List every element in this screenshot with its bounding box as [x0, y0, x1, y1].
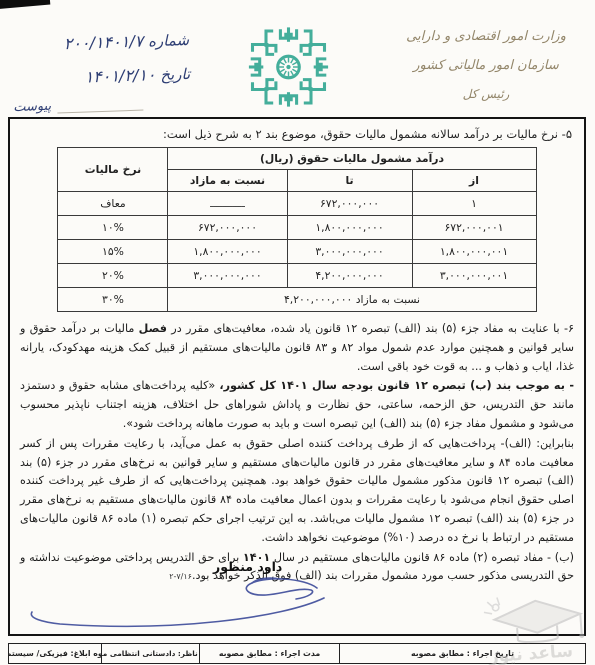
number-value: ۲۰۰/۱۴۰۱/۷ [63, 32, 143, 54]
letterhead-org-block: وزارت امور اقتصادی و دارایی سازمان امور … [391, 22, 581, 109]
column-header-rate: نرخ مالیات [58, 148, 168, 192]
cell-rate: ۲۰% [58, 264, 168, 288]
director-general-title: رئیس کل [391, 80, 581, 109]
column-header-excess: نسبت به مازاد [168, 170, 287, 192]
table-row: ۶۷۲,۰۰۰,۰۰۱ ۱,۸۰۰,۰۰۰,۰۰۰ ۶۷۲,۰۰۰,۰۰۰ ۱۰… [58, 216, 536, 240]
cell-from: ۱ [412, 192, 536, 216]
date-label: تاریخ [160, 65, 190, 84]
execution-date-cell: تاریخ اجراء : مطابق مصوبه [339, 644, 585, 663]
circular-body-box: ۵- نرخ مالیات بر درآمد سالانه مشمول مالی… [8, 117, 586, 636]
cell-to: ۶۷۲,۰۰۰,۰۰۰ [287, 192, 412, 216]
date-value: ۱۴۰۱/۲/۱۰ [84, 65, 156, 86]
attachment-label: پیوست [13, 96, 52, 119]
table-row: ۳,۰۰۰,۰۰۰,۰۰۱ ۴,۲۰۰,۰۰۰,۰۰۰ ۳,۰۰۰,۰۰۰,۰۰… [58, 264, 536, 288]
cell-from: ۳,۰۰۰,۰۰۰,۰۰۱ [412, 264, 536, 288]
salary-tax-rate-table: درآمد مشمول مالیات حقوق (ریال) نرخ مالیا… [57, 147, 536, 312]
cell-to: ۴,۲۰۰,۰۰۰,۰۰۰ [287, 264, 412, 288]
ministry-title: وزارت امور اقتصادی و دارایی [391, 22, 581, 51]
cell-from: ۶۷۲,۰۰۰,۰۰۱ [412, 216, 536, 240]
cell-excess: ۶۷۲,۰۰۰,۰۰۰ [168, 216, 287, 240]
handwritten-header-fields: شماره ۲۰۰/۱۴۰۱/۷ تاریخ ۱۴۰۱/۲/۱۰ پیوست [10, 23, 191, 119]
handwritten-signature [12, 574, 344, 636]
notification-method-cell: نحوه ابلاغ: فیزیکی/ سیستمی [9, 644, 101, 663]
cell-excess: ۳,۰۰۰,۰۰۰,۰۰۰ [168, 264, 287, 288]
execution-duration-cell: مدت اجراء : مطابق مصوبه [199, 644, 339, 663]
scan-artifact [0, 0, 50, 10]
table-row: ۱ ۶۷۲,۰۰۰,۰۰۰ ـــــــــــ معاف [58, 192, 536, 216]
table-row: ۱,۸۰۰,۰۰۰,۰۰۱ ۳,۰۰۰,۰۰۰,۰۰۰ ۱,۸۰۰,۰۰۰,۰۰… [58, 240, 536, 264]
therefore-clause-a-paragraph: بنابراین: (الف)- پرداخت‌هایی که از طرف پ… [20, 435, 574, 548]
clause-6-paragraph: ۶- با عنایت به مفاد جزء (۵) بند (الف) تب… [20, 320, 574, 376]
cell-from: ۱,۸۰۰,۰۰۰,۰۰۱ [412, 240, 536, 264]
column-header-from: از [412, 170, 536, 192]
table-group-header: درآمد مشمول مالیات حقوق (ریال) [168, 148, 536, 170]
cell-rate: ۱۰% [58, 216, 168, 240]
cell-to: ۳,۰۰۰,۰۰۰,۰۰۰ [287, 240, 412, 264]
cell-excess: ـــــــــــ [168, 192, 287, 216]
administrative-footer: تاریخ اجراء : مطابق مصوبه مدت اجراء : مط… [8, 643, 586, 664]
number-label: شماره [148, 31, 190, 50]
cell-excess: ۱,۸۰۰,۰۰۰,۰۰۰ [168, 240, 287, 264]
cell-to: ۱,۸۰۰,۰۰۰,۰۰۰ [287, 216, 412, 240]
clause-5-heading: ۵- نرخ مالیات بر درآمد سالانه مشمول مالی… [22, 127, 572, 141]
document-page: وزارت امور اقتصادی و دارایی سازمان امور … [0, 0, 595, 665]
supervising-authority-cell: مرجع ناظر: دادستانی انتظامی مالیاتی [101, 644, 199, 663]
table-row: نسبت به مازاد ۴,۲۰۰,۰۰۰,۰۰۰ ۳۰% [58, 288, 536, 312]
tax-organization-title: سازمان امور مالیاتی کشور [391, 51, 581, 80]
cell-rate: معاف [58, 192, 168, 216]
circular-paragraphs: ۶- با عنایت به مفاد جزء (۵) بند (الف) تب… [20, 320, 574, 587]
column-header-to: تا [287, 170, 412, 192]
tax-administration-logo-icon [241, 22, 336, 112]
cell-merged-excess: نسبت به مازاد ۴,۲۰۰,۰۰۰,۰۰۰ [168, 288, 536, 312]
letter-date: تاریخ ۱۴۰۱/۲/۱۰ [12, 57, 191, 97]
cell-rate: ۳۰% [58, 288, 168, 312]
signatory-name: داود منظور [213, 559, 282, 574]
cell-rate: ۱۵% [58, 240, 168, 264]
attachment-blank-line [57, 110, 143, 114]
budget-law-paragraph: - به موجب بند (ب) تبصره ۱۲ قانون بودجه س… [20, 377, 574, 433]
